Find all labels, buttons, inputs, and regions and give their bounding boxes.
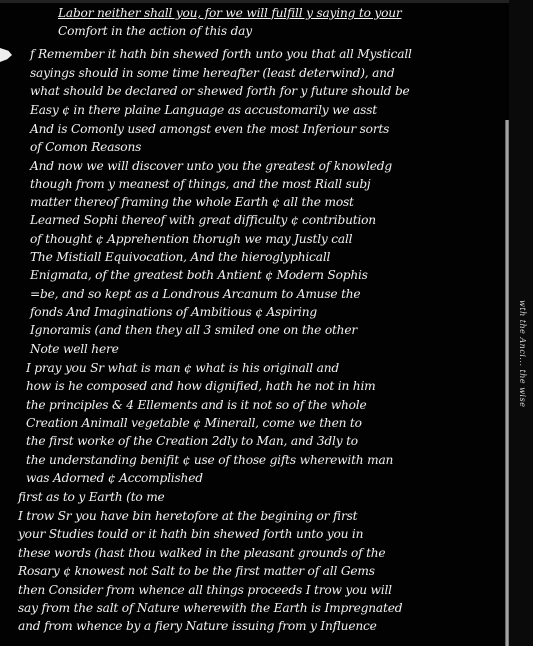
manuscript-line: =be, and so kept as a Londrous Arcanum t… [30,287,360,301]
page-top-edge [0,0,533,3]
page-edge-line [505,120,509,646]
manuscript-line: the principles & 4 Ellements and is it n… [26,398,366,412]
manuscript-line: Easy ¢ in there plaine Language as accus… [30,103,377,117]
manuscript-page: Labor neither shall you, for we will ful… [0,0,533,646]
manuscript-line: Learned Sophi thereof with great difficu… [30,213,376,227]
manuscript-line: sayings should in some time hereafter (l… [30,66,394,80]
manuscript-line: matter thereof framing the whole Earth ¢… [30,195,354,209]
manuscript-line: I trow Sr you have bin heretofore at the… [18,509,357,523]
manuscript-line: these words (hast thou walked in the ple… [18,546,385,560]
page-corner-mark [0,48,12,62]
manuscript-line: the understanding benifit ¢ use of those… [26,453,393,467]
manuscript-line: was Adorned ¢ Accomplished [26,471,203,485]
manuscript-line: I pray you Sr what is man ¢ what is his … [26,361,339,375]
manuscript-line: the first worke of the Creation 2dly to … [26,434,358,448]
manuscript-line: Note well here [30,342,119,356]
manuscript-line: of Comon Reasons [30,140,141,154]
manuscript-line: your Studies tould or it hath bin shewed… [18,527,363,541]
manuscript-line: Comfort in the action of this day [58,24,252,38]
manuscript-line: Rosary ¢ knowest not Salt to be the firs… [18,564,375,578]
manuscript-line: fonds And Imaginations of Ambitious ¢ As… [30,305,317,319]
manuscript-line: though from y meanest of things, and the… [30,177,371,191]
manuscript-line: how is he composed and how dignified, ha… [26,379,376,393]
manuscript-line: Creation Animall vegetable ¢ Minerall, c… [26,416,362,430]
manuscript-line: say from the salt of Nature wherewith th… [18,601,402,615]
manuscript-line: And is Comonly used amongst even the mos… [30,122,389,136]
manuscript-line: of thought ¢ Apprehention thorugh we may… [30,232,352,246]
manuscript-line: and from whence by a fiery Nature issuin… [18,619,377,633]
manuscript-line: And now we will discover unto you the gr… [30,159,392,173]
manuscript-line: then Consider from whence all things pro… [18,583,392,597]
manuscript-line: The Mistiall Equivocation, And the hiero… [30,250,330,264]
manuscript-line: Labor neither shall you, for we will ful… [58,6,401,20]
manuscript-line: what should be declared or shewed forth … [30,84,410,98]
manuscript-line: Enigmata, of the greatest both Antient ¢… [30,268,368,282]
manuscript-line: Ignoramis (and then they all 3 smiled on… [30,323,357,337]
manuscript-line: f Remember it hath bin shewed forth unto… [30,47,412,61]
margin-note: wth the Anci... the wise [518,300,527,407]
manuscript-line: first as to y Earth (to me [18,490,165,504]
